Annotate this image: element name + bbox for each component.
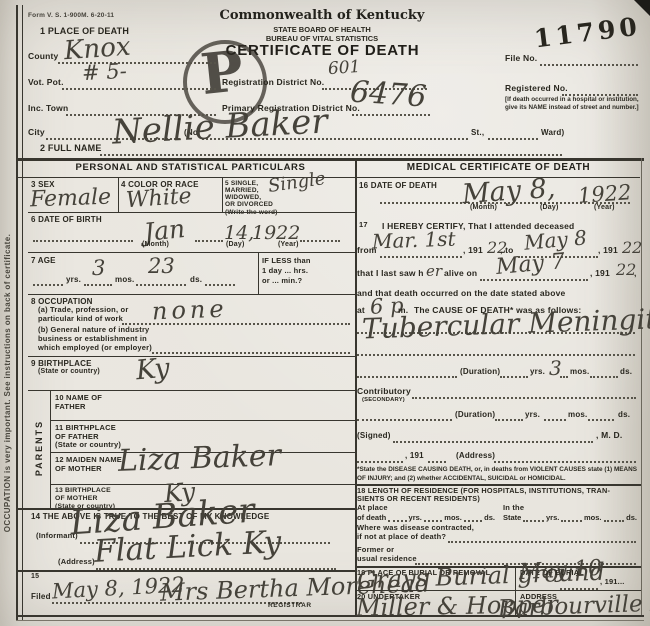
right-edge-line (641, 158, 642, 617)
section-divider (16, 570, 355, 572)
certify-number: 17 (359, 221, 368, 230)
duration2-mos: mos. (568, 410, 587, 419)
dotted-line (544, 417, 566, 421)
dotted-line (428, 459, 446, 463)
dotted-line (357, 374, 457, 378)
vot-pot-label: Vot. Pot. (28, 78, 64, 88)
dotted-line (604, 511, 625, 522)
certify-year-printed-1: , 191 (463, 246, 483, 256)
commonwealth-heading: Commonwealth of Kentucky (212, 8, 432, 23)
cause-of-death-value: Tubercular Meningitis (362, 304, 650, 343)
row-divider (28, 252, 355, 253)
form-number: Form V. S. 1-900M. 6-20-11 (28, 12, 114, 19)
dotted-line (62, 86, 216, 90)
occupation-value: none (152, 297, 228, 324)
file-no-label: File No. (505, 54, 537, 64)
dotted-line (136, 282, 186, 286)
duration2-label: (Duration) (455, 410, 495, 419)
dotted-line (590, 374, 618, 378)
row-divider (28, 212, 355, 213)
father-birthplace-label: 11 BIRTHPLACE OF FATHER (State or countr… (55, 424, 121, 450)
age-mos-label: mos. (115, 275, 134, 284)
dotted-line (412, 395, 636, 399)
row-divider (50, 420, 355, 421)
dotted-line (488, 136, 538, 140)
age-ds-label: ds. (190, 275, 202, 284)
section-divider (16, 158, 644, 161)
duration1-yrs: yrs. (530, 367, 545, 376)
ward-label: Ward) (541, 128, 564, 137)
duration2-yrs: yrs. (525, 410, 540, 419)
vot-pot-value: # 5- (81, 61, 127, 84)
certify-to-year-value: 22 (622, 240, 642, 256)
registration-district-label: Registration District No. (222, 78, 324, 88)
filed-label: Filed (31, 592, 51, 601)
duration2-ds: ds. (618, 410, 630, 419)
lastsaw-year-printed: , 191 (590, 269, 610, 279)
birthplace-value: Ky (135, 355, 171, 385)
sig-address-label: (Address) (456, 451, 495, 460)
row-divider (28, 390, 355, 391)
duration1-ds: ds. (620, 367, 632, 376)
dotted-line (152, 350, 350, 354)
dotted-line (495, 417, 523, 421)
residence-yrs-2: yrs. (546, 513, 559, 522)
margin-note: OCCUPATION is very important. See instru… (3, 148, 12, 618)
residence-mos-1: mos. (444, 513, 462, 522)
informant-address-value: Flat Lick Ky (93, 527, 282, 568)
cell-divider (118, 177, 119, 212)
inc-town-label: Inc. Town (28, 104, 68, 114)
lastsaw-mid: alive on (444, 269, 477, 279)
marital-value: Single (267, 170, 327, 196)
certify-year-printed-2: , 191 (598, 246, 618, 256)
row-divider (28, 294, 355, 295)
father-name-label: 10 NAME OF FATHER (55, 394, 102, 411)
age-days-value: 23 (148, 256, 175, 277)
informant-address-label: (Address) (58, 558, 95, 567)
age-less-than-note: IF LESS than 1 day ... hrs. or ... min.? (262, 256, 311, 286)
dod-label: 16 DATE OF DEATH (359, 181, 437, 190)
state-board-line: STATE BOARD OF HEALTH (212, 25, 432, 34)
cell-divider (222, 177, 223, 212)
death-certificate-scan: OCCUPATION is very important. See instru… (0, 0, 650, 626)
dotted-line (540, 62, 638, 66)
cause-footnote: *State the DISEASE CAUSING DEATH, or, in… (357, 466, 638, 483)
cell-divider (258, 252, 259, 294)
scan-left-border-outer (16, 5, 18, 621)
lastsaw-her: er (426, 264, 442, 279)
dod-year-sublabel: (Year) (594, 204, 615, 212)
dotted-line (464, 511, 482, 522)
signed-label: (Signed) (357, 431, 391, 440)
dod-day-sublabel: (Day) (540, 204, 559, 212)
lastsaw-pre: that I last saw h (357, 269, 424, 279)
residence-former-2: usual residence (357, 555, 417, 564)
dob-day-sublabel: (Day) (226, 241, 245, 249)
dotted-line (33, 238, 133, 242)
filed-number: 15 (31, 573, 39, 581)
dotted-line (393, 439, 593, 443)
contributory-label: Contributory (357, 387, 411, 397)
residence-where-2: if not at place of death? (357, 533, 446, 542)
dotted-line (494, 459, 636, 463)
parents-vertical-label: PARENTS (34, 393, 44, 503)
row-divider (28, 356, 355, 357)
dotted-line (205, 282, 235, 286)
residence-label: 18 LENGTH OF RESIDENCE (FOR HOSPITALS, I… (357, 487, 610, 504)
dotted-line (588, 417, 614, 421)
residence-ds-2: ds. (626, 513, 637, 522)
medical-section-title: MEDICAL CERTIFICATE OF DEATH (357, 162, 640, 173)
sex-value: Female (30, 187, 112, 212)
signed-md-label: , M. D. (596, 431, 622, 441)
age-yrs-label: yrs. (66, 275, 81, 284)
contributory-sublabel: (SECONDARY) (362, 397, 405, 404)
dotted-line (388, 511, 406, 522)
hospital-note: [If death occurred in a hospital or inst… (505, 96, 639, 112)
certify-from-value: Mar. 1st (372, 229, 456, 252)
scan-left-border-inner (22, 5, 23, 621)
dotted-line (380, 254, 462, 258)
burial-year-printed: , 191... (600, 578, 625, 587)
dotted-line (300, 238, 340, 242)
dotted-line (195, 238, 223, 242)
dotted-line (357, 417, 452, 421)
dod-month-sublabel: (Month) (470, 204, 497, 212)
registrar-label: REGISTRAR (268, 602, 312, 609)
primary-registration-value: 6476 (349, 77, 427, 112)
mother-maiden-label: 12 MAIDEN NAME OF MOTHER (55, 456, 122, 473)
registered-no-label: Registered No. (505, 84, 568, 94)
dob-year-sublabel: (Year) (278, 241, 299, 249)
undertaker-address-value: Barbourville Ky (498, 592, 650, 621)
duration1-mos: mos. (570, 367, 589, 376)
residence-at-place-2: of death (357, 513, 386, 522)
dotted-line (33, 282, 63, 286)
residence-yrs-1: yrs. (409, 513, 422, 522)
registrar-stamp-letter: P (198, 38, 247, 108)
residence-ds-1: ds. (484, 513, 495, 522)
residence-state: State (503, 513, 521, 522)
birthplace-sublabel: (State or country) (38, 368, 100, 376)
lastsaw-comma: , (634, 269, 637, 279)
mother-maiden-value: Liza Baker (118, 441, 282, 477)
dob-month-sublabel: (Month) (142, 241, 169, 249)
dotted-line (424, 511, 442, 522)
color-race-value: White (125, 186, 192, 213)
file-number-stamp: 11790 (533, 12, 643, 54)
residence-mos-2: mos. (584, 513, 602, 522)
parents-cell-divider (50, 390, 51, 508)
dotted-line (357, 352, 635, 356)
dotted-line (500, 374, 528, 378)
dotted-line (84, 282, 112, 286)
dob-label: 6 DATE OF BIRTH (31, 215, 102, 224)
occupation-a2: particular kind of work (38, 315, 123, 324)
occupation-b3: which employed (or employer) (38, 344, 152, 353)
county-label: County (28, 52, 58, 62)
lastsaw-value: May 7 (495, 251, 566, 279)
burial-date-value: May 10 (518, 558, 602, 584)
row-divider (50, 484, 355, 485)
dotted-line (560, 374, 568, 378)
full-name-label: 2 FULL NAME (40, 143, 102, 153)
dotted-line (357, 459, 403, 463)
dotted-line (448, 539, 636, 543)
age-label: 7 AGE (31, 256, 56, 265)
street-label: St., (471, 128, 484, 137)
sig-date-year-printed: , 191 (405, 451, 424, 460)
dotted-line (100, 152, 562, 156)
city-label: City (28, 128, 45, 138)
duration1-label: (Duration) (460, 367, 500, 376)
age-months-value: 3 (92, 258, 105, 279)
full-name-value: Nellie Baker (111, 104, 328, 149)
birthplace-label: 9 BIRTHPLACE (31, 359, 92, 368)
dotted-line (523, 511, 544, 522)
dotted-line (561, 511, 582, 522)
